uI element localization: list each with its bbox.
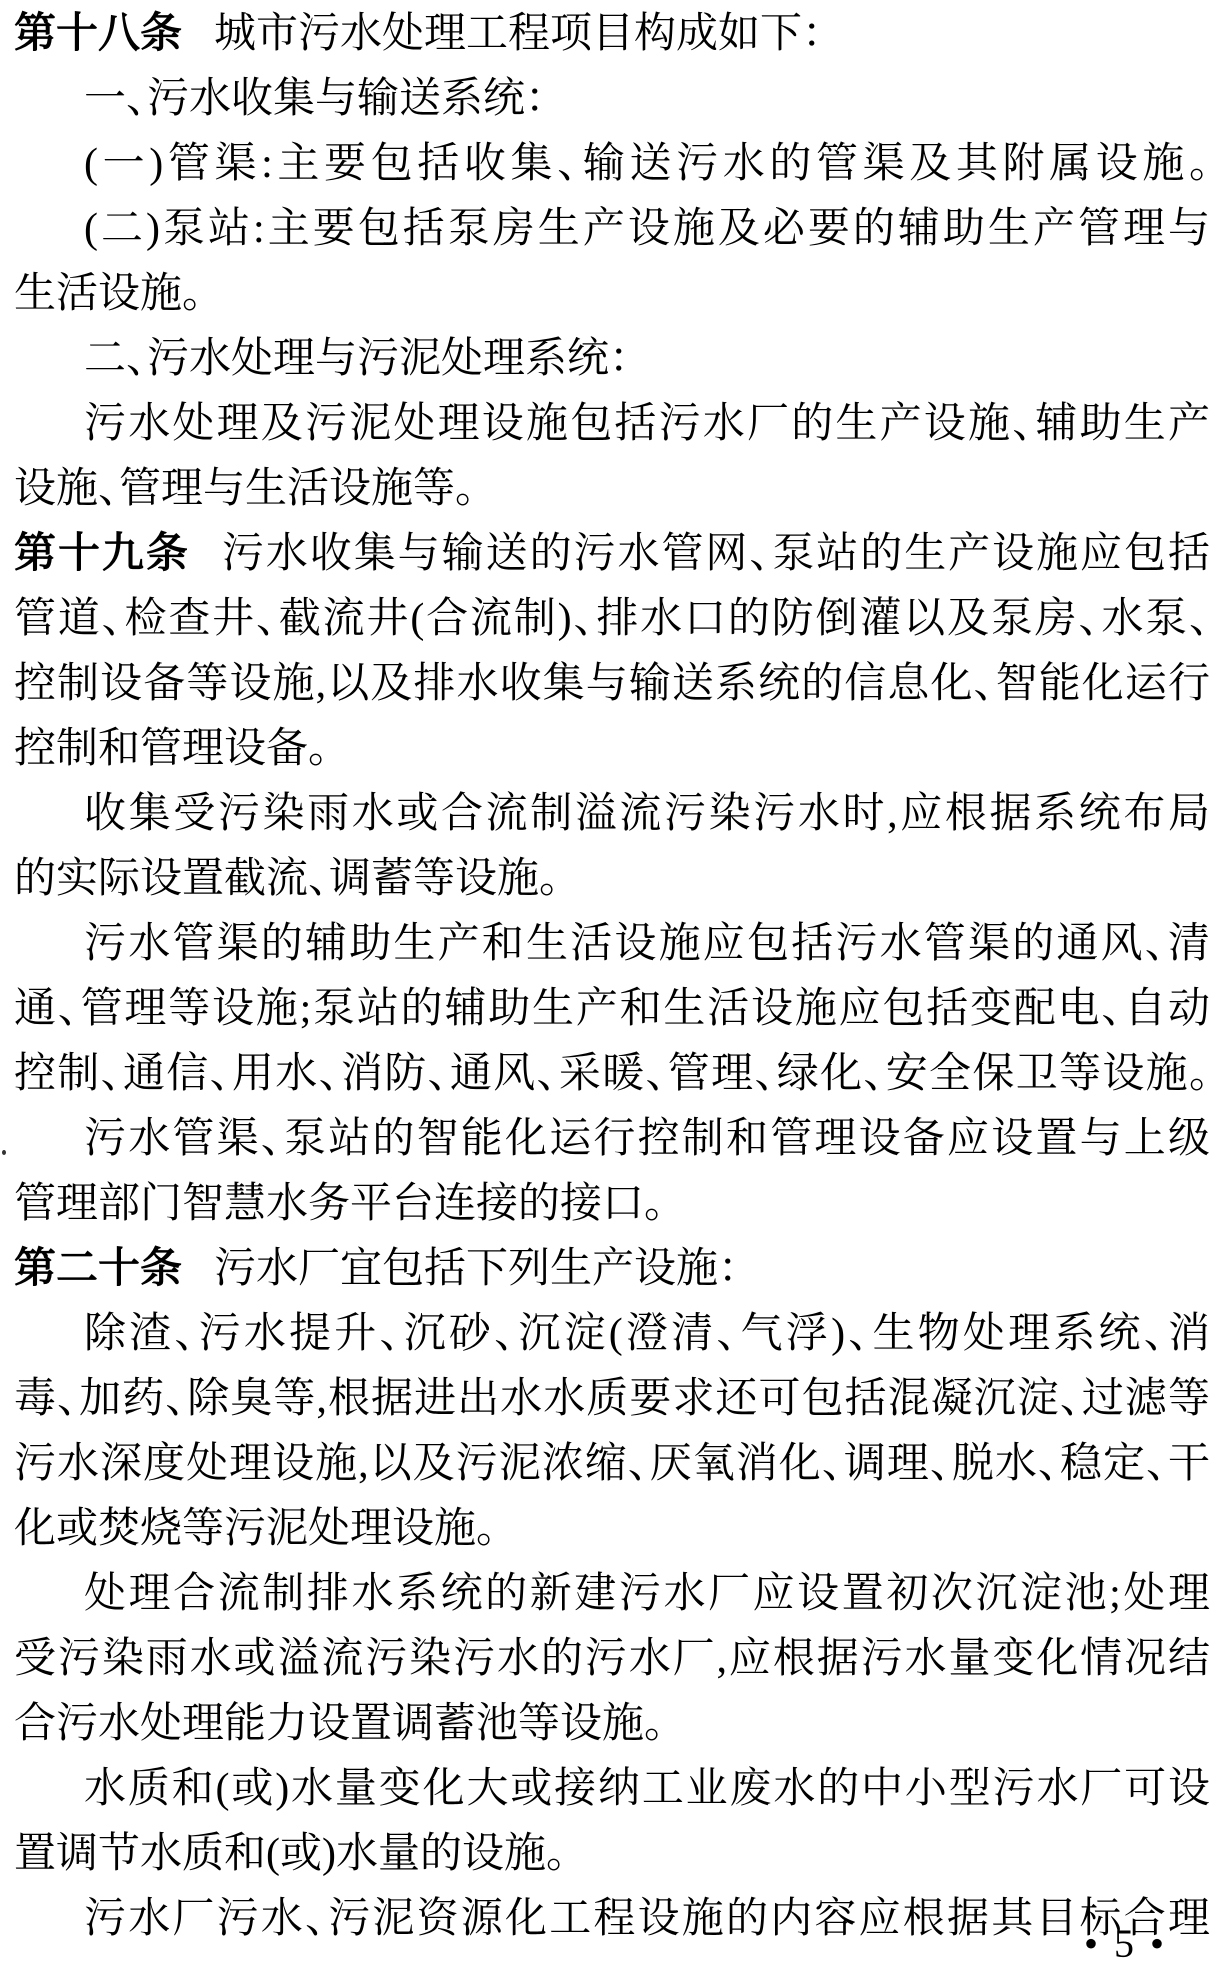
article-line: 第二十条污水厂宜包括下列生产设施： [14,1237,1210,1302]
article-line-text: 城市污水处理工程项目构成如下： [214,11,823,57]
text-line: 控制设备等设施,以及排水收集与输送系统的信息化、智能化运行 [14,652,1210,717]
text-line: 设施、管理与生活设施等。 [14,457,1210,522]
footer-left-dot: • [1084,1921,1098,1966]
page-number: 5 [1114,1921,1134,1966]
text-line: 化或焚烧等污泥处理设施。 [14,1497,1210,1562]
text-line: 控制、通信、用水、消防、通风、采暖、管理、绿化、安全保卫等设施。 [14,1042,1210,1107]
text-line: 除渣、污水提升、沉砂、沉淀(澄清、气浮)、生物处理系统、消 [14,1302,1210,1367]
text-line: (一)管渠:主要包括收集、输送污水的管渠及其附属设施。 [14,132,1210,197]
text-line: 污水厂污水、污泥资源化工程设施的内容应根据其目标合理 [14,1887,1210,1952]
text-line: 污水管渠的辅助生产和生活设施应包括污水管渠的通风、清 [14,912,1210,977]
text-line: (二)泵站:主要包括泵房生产设施及必要的辅助生产管理与 [14,197,1210,262]
text-line: 置调节水质和(或)水量的设施。 [14,1822,1210,1887]
text-line: 管道、检查井、截流井(合流制)、排水口的防倒灌以及泵房、水泵、 [14,587,1210,652]
text-line: 污水管渠、泵站的智能化运行控制和管理设备应设置与上级 [14,1107,1210,1172]
article-number: 第十八条 [14,11,182,57]
article-line-text: 污水厂宜包括下列生产设施： [214,1246,739,1292]
text-line: 污水深度处理设施,以及污泥浓缩、厌氧消化、调理、脱水、稳定、干 [14,1432,1210,1497]
text-line: 处理合流制排水系统的新建污水厂应设置初次沉淀池;处理 [14,1562,1210,1627]
text-line: 受污染雨水或溢流污染污水的污水厂,应根据污水量变化情况结 [14,1627,1210,1692]
scan-speck [2,1150,6,1155]
text-line: 二、污水处理与污泥处理系统： [14,327,1210,392]
article-line: 第十八条城市污水处理工程项目构成如下： [14,2,1210,67]
scanned-document-page: 第十八条城市污水处理工程项目构成如下：一、污水收集与输送系统：(一)管渠:主要包… [0,0,1220,1972]
text-line: 控制和管理设备。 [14,717,1210,782]
text-line: 污水处理及污泥处理设施包括污水厂的生产设施、辅助生产 [14,392,1210,457]
text-line: 合污水处理能力设置调蓄池等设施。 [14,1692,1210,1757]
article-line-text: 污水收集与输送的污水管网、泵站的生产设施应包括 [222,531,1210,577]
text-line: 生活设施。 [14,262,1210,327]
text-line: 通、管理等设施;泵站的辅助生产和生活设施应包括变配电、自动 [14,977,1210,1042]
text-line: 毒、加药、除臭等,根据进出水水质要求还可包括混凝沉淀、过滤等 [14,1367,1210,1432]
footer-right-dot: • [1150,1921,1164,1966]
article-number: 第二十条 [14,1246,182,1292]
text-line: 一、污水收集与输送系统： [14,67,1210,132]
text-line: 的实际设置截流、调蓄等设施。 [14,847,1210,912]
page-footer: •5• [1068,1922,1180,1966]
article-line: 第十九条污水收集与输送的污水管网、泵站的生产设施应包括 [14,522,1210,587]
article-number: 第十九条 [14,531,190,577]
document-body: 第十八条城市污水处理工程项目构成如下：一、污水收集与输送系统：(一)管渠:主要包… [14,2,1210,1952]
text-line: 管理部门智慧水务平台连接的接口。 [14,1172,1210,1237]
text-line: 水质和(或)水量变化大或接纳工业废水的中小型污水厂可设 [14,1757,1210,1822]
text-line: 收集受污染雨水或合流制溢流污染污水时,应根据系统布局 [14,782,1210,847]
